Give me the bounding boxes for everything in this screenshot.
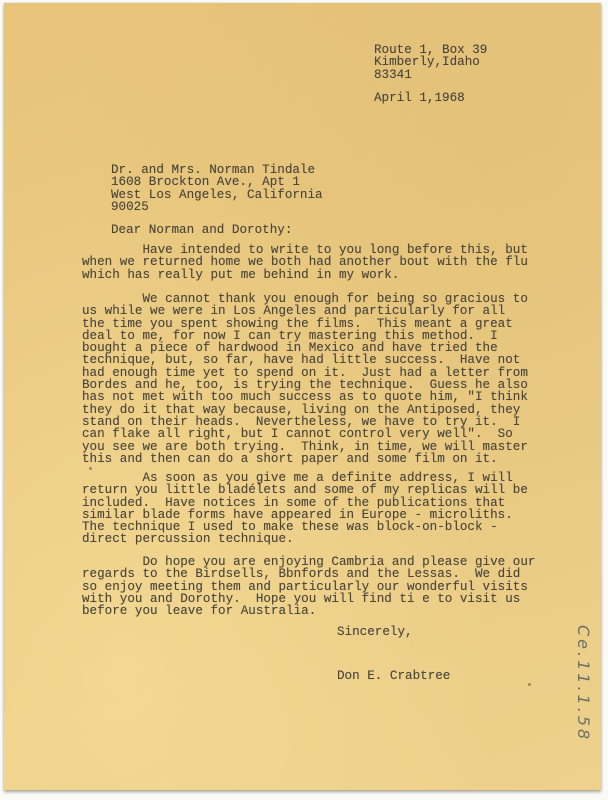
sender-address: Route 1, Box 39 Kimberly,Idaho 83341 [374,44,487,81]
signature-name: Don E. Crabtree [337,670,450,682]
paragraph-4: Do hope you are enjoying Cambria and ple… [82,556,535,617]
catalog-annotation-handwritten: Ce.11.1.58 [571,625,593,775]
letter-paper: Route 1, Box 39 Kimberly,Idaho 83341 Apr… [4,3,601,790]
paper-speck [89,467,92,470]
paragraph-3: As soon as you give me a definite addres… [82,472,528,546]
closing: Sincerely, [337,626,413,638]
paragraph-2: We cannot thank you enough for being so … [82,293,528,465]
salutation: Dear Norman and Dorothy: [111,224,292,236]
paper-speck [528,683,531,686]
scan-background: Route 1, Box 39 Kimberly,Idaho 83341 Apr… [0,0,608,800]
letter-date: April 1,1968 [374,92,465,104]
paragraph-1: Have intended to write to you long befor… [82,244,528,281]
recipient-address: Dr. and Mrs. Norman Tindale 1608 Brockto… [111,164,323,213]
